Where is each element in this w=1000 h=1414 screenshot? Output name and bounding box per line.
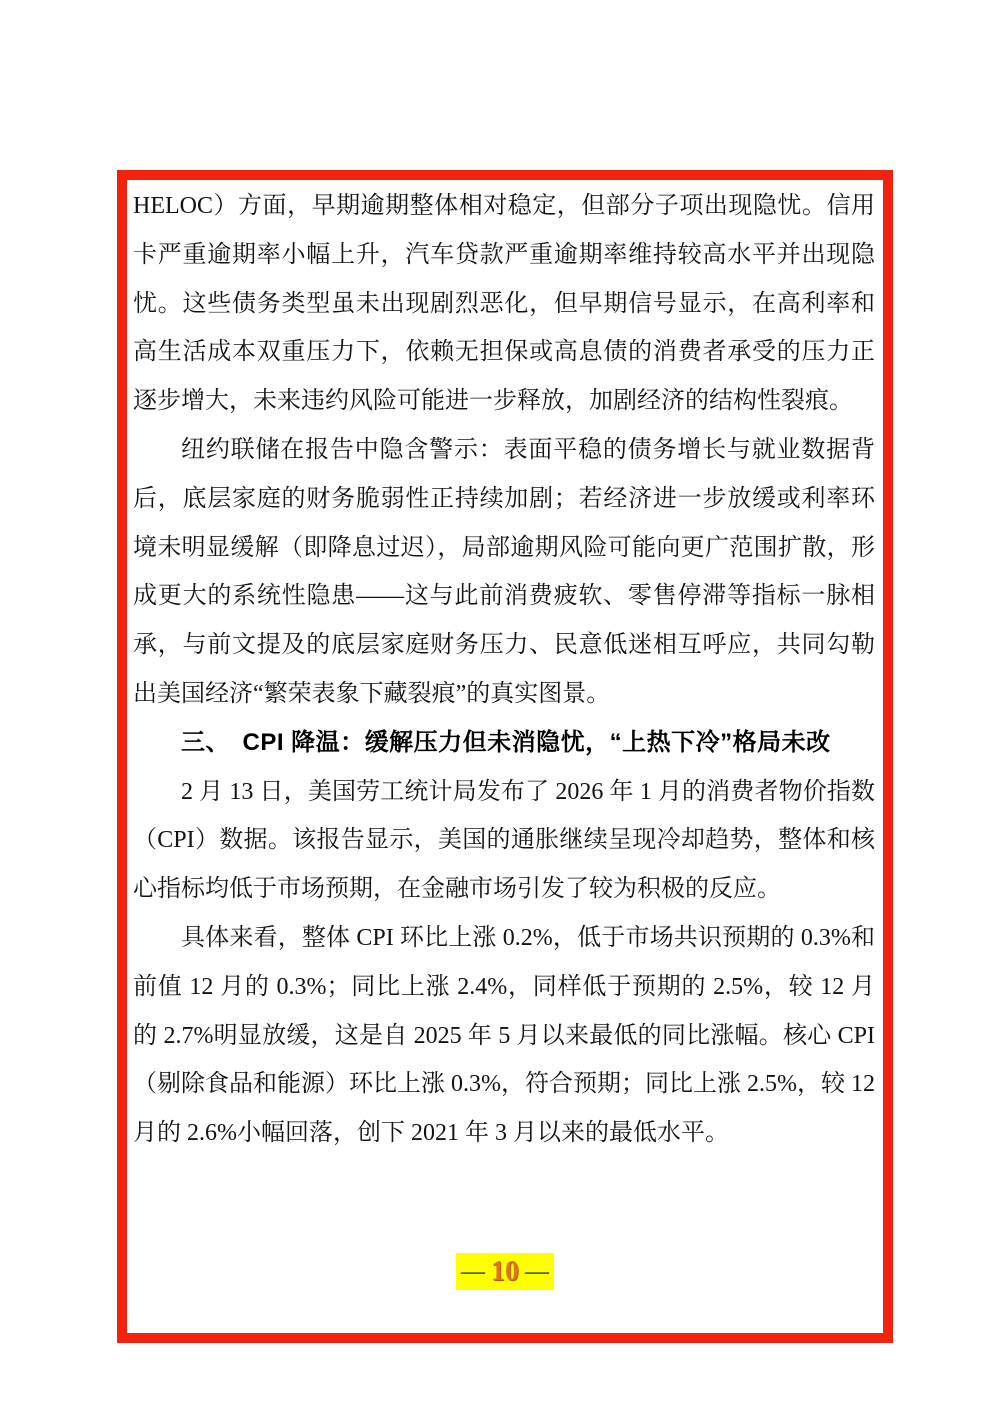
page-number-left-dash: — xyxy=(461,1260,485,1284)
paragraph-cpi-release: 2 月 13 日，美国劳工统计局发布了 2026 年 1 月的消费者物价指数（C… xyxy=(133,768,875,914)
paragraph-ny-fed-warning: 纽约联储在报告中隐含警示：表面平稳的债务增长与就业数据背后，底层家庭的财务脆弱性… xyxy=(133,426,875,719)
page-number: 10 xyxy=(491,1258,519,1286)
page-number-badge: — 10 — xyxy=(456,1253,554,1290)
paragraph-heloc-delinquency: HELOC）方面，早期逾期整体相对稳定，但部分子项出现隐忧。信用卡严重逾期率小幅… xyxy=(133,182,875,426)
document-page: HELOC）方面，早期逾期整体相对稳定，但部分子项出现隐忧。信用卡严重逾期率小幅… xyxy=(0,0,1000,1414)
document-body: HELOC）方面，早期逾期整体相对稳定，但部分子项出现隐忧。信用卡严重逾期率小幅… xyxy=(133,182,875,1158)
page-number-right-dash: — xyxy=(525,1260,549,1284)
section-heading-cpi: 三、 CPI 降温：缓解压力但未消隐忧，“上热下冷”格局未改 xyxy=(133,719,875,768)
paragraph-cpi-details: 具体来看，整体 CPI 环比上涨 0.2%，低于市场共识预期的 0.3%和前值 … xyxy=(133,914,875,1158)
